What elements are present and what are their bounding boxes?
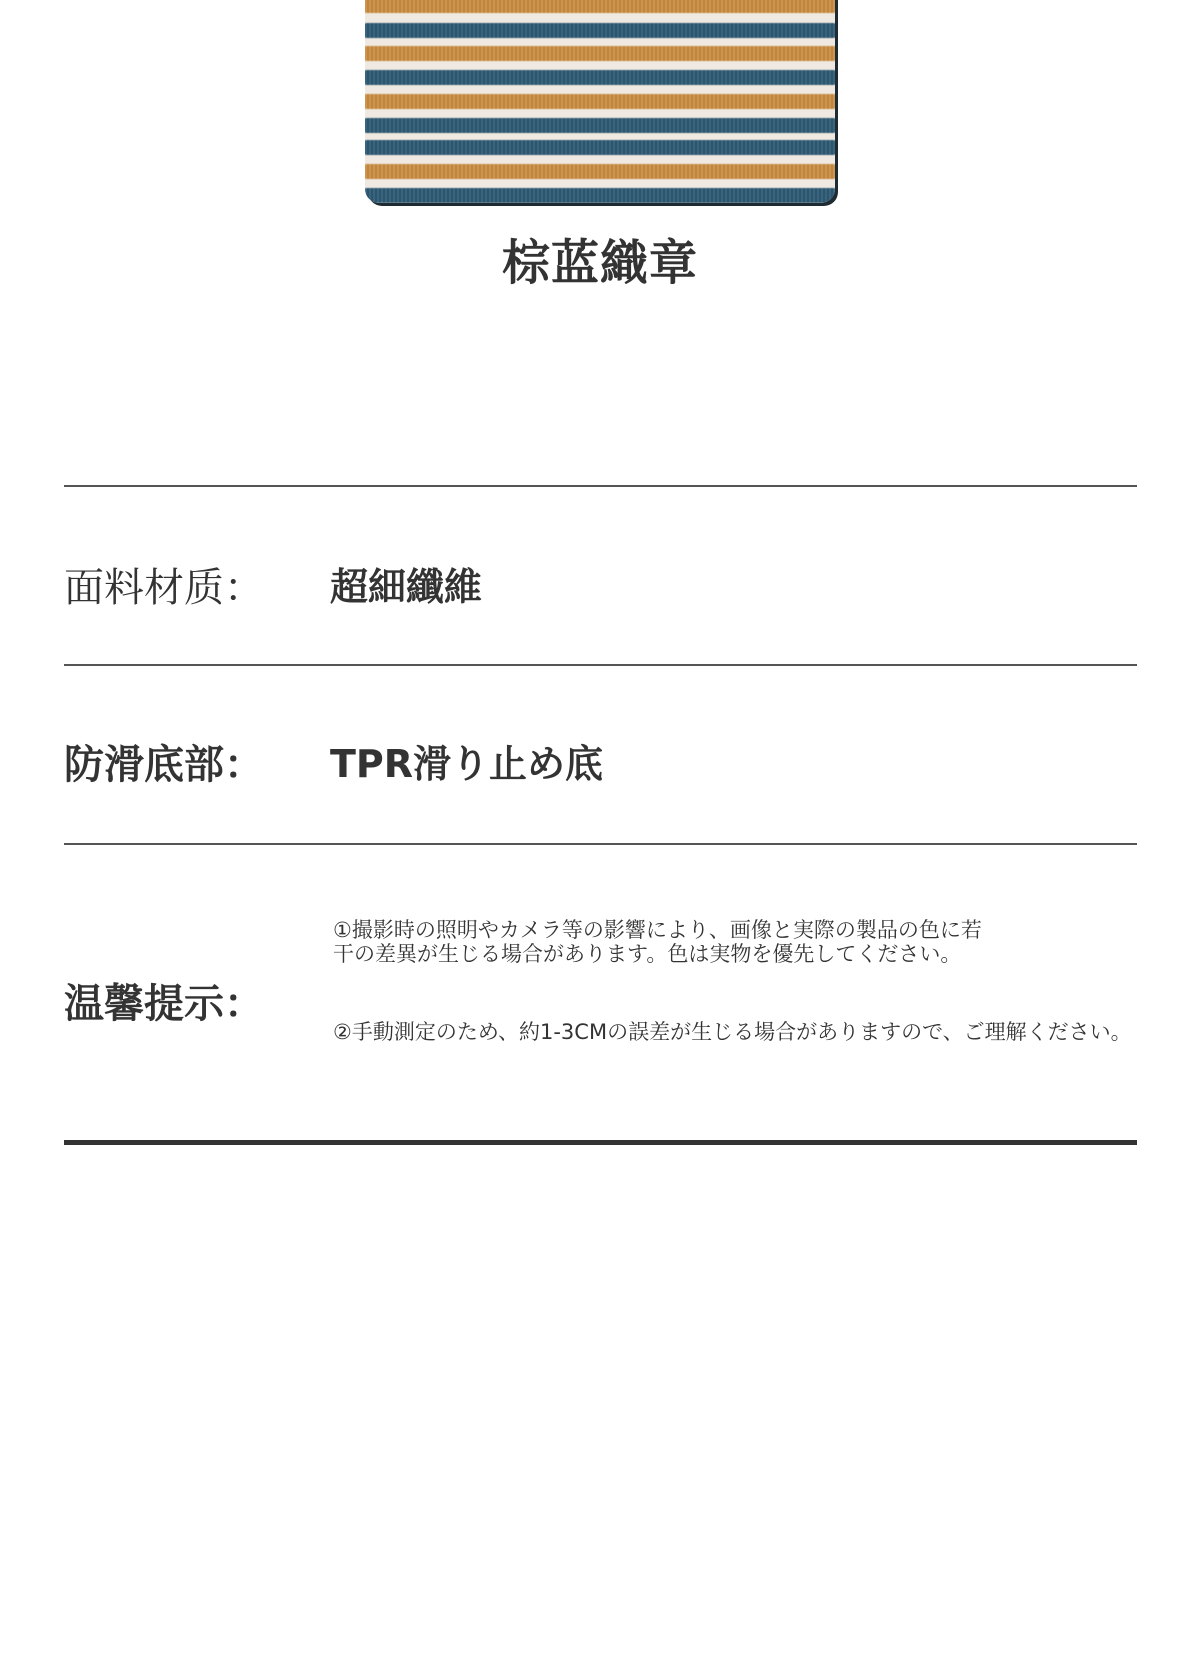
stripe-blue xyxy=(365,188,835,203)
stripe-orange xyxy=(365,46,835,61)
notice-item-measurement-error: ②手動測定のため、約1-3CMの誤差が生じる場合がありますので、ご理解ください。 xyxy=(333,1020,1193,1044)
spec-value-material: 超細纖維 xyxy=(330,556,482,611)
stripe-blue xyxy=(365,70,835,85)
notice-label: 温馨提示： xyxy=(64,972,264,1029)
stripe-blue xyxy=(365,140,835,155)
divider xyxy=(64,485,1137,487)
notice-item-color-difference: ①撮影時の照明やカメラ等の影響により、画像と実際の製品の色に若干の差異が生じる場… xyxy=(333,918,993,966)
product-color-caption: 棕蓝織章 xyxy=(0,224,1200,293)
notice-notes: ①撮影時の照明やカメラ等の影響により、画像と実際の製品の色に若干の差異が生じる場… xyxy=(333,918,1193,1044)
spec-value-anti-slip-bottom: TPR滑り止め底 xyxy=(330,733,603,788)
spec-label-material: 面料材质： xyxy=(64,556,264,613)
product-image-striped-mat xyxy=(365,0,835,203)
stripe-orange xyxy=(365,94,835,109)
stripe-orange xyxy=(365,164,835,179)
stripe-blue xyxy=(365,23,835,38)
stripe-blue xyxy=(365,118,835,133)
stripe-orange xyxy=(365,0,835,13)
spec-label-anti-slip-bottom: 防滑底部： xyxy=(64,733,264,790)
divider xyxy=(64,664,1137,666)
divider-thick xyxy=(64,1140,1137,1145)
divider xyxy=(64,843,1137,845)
